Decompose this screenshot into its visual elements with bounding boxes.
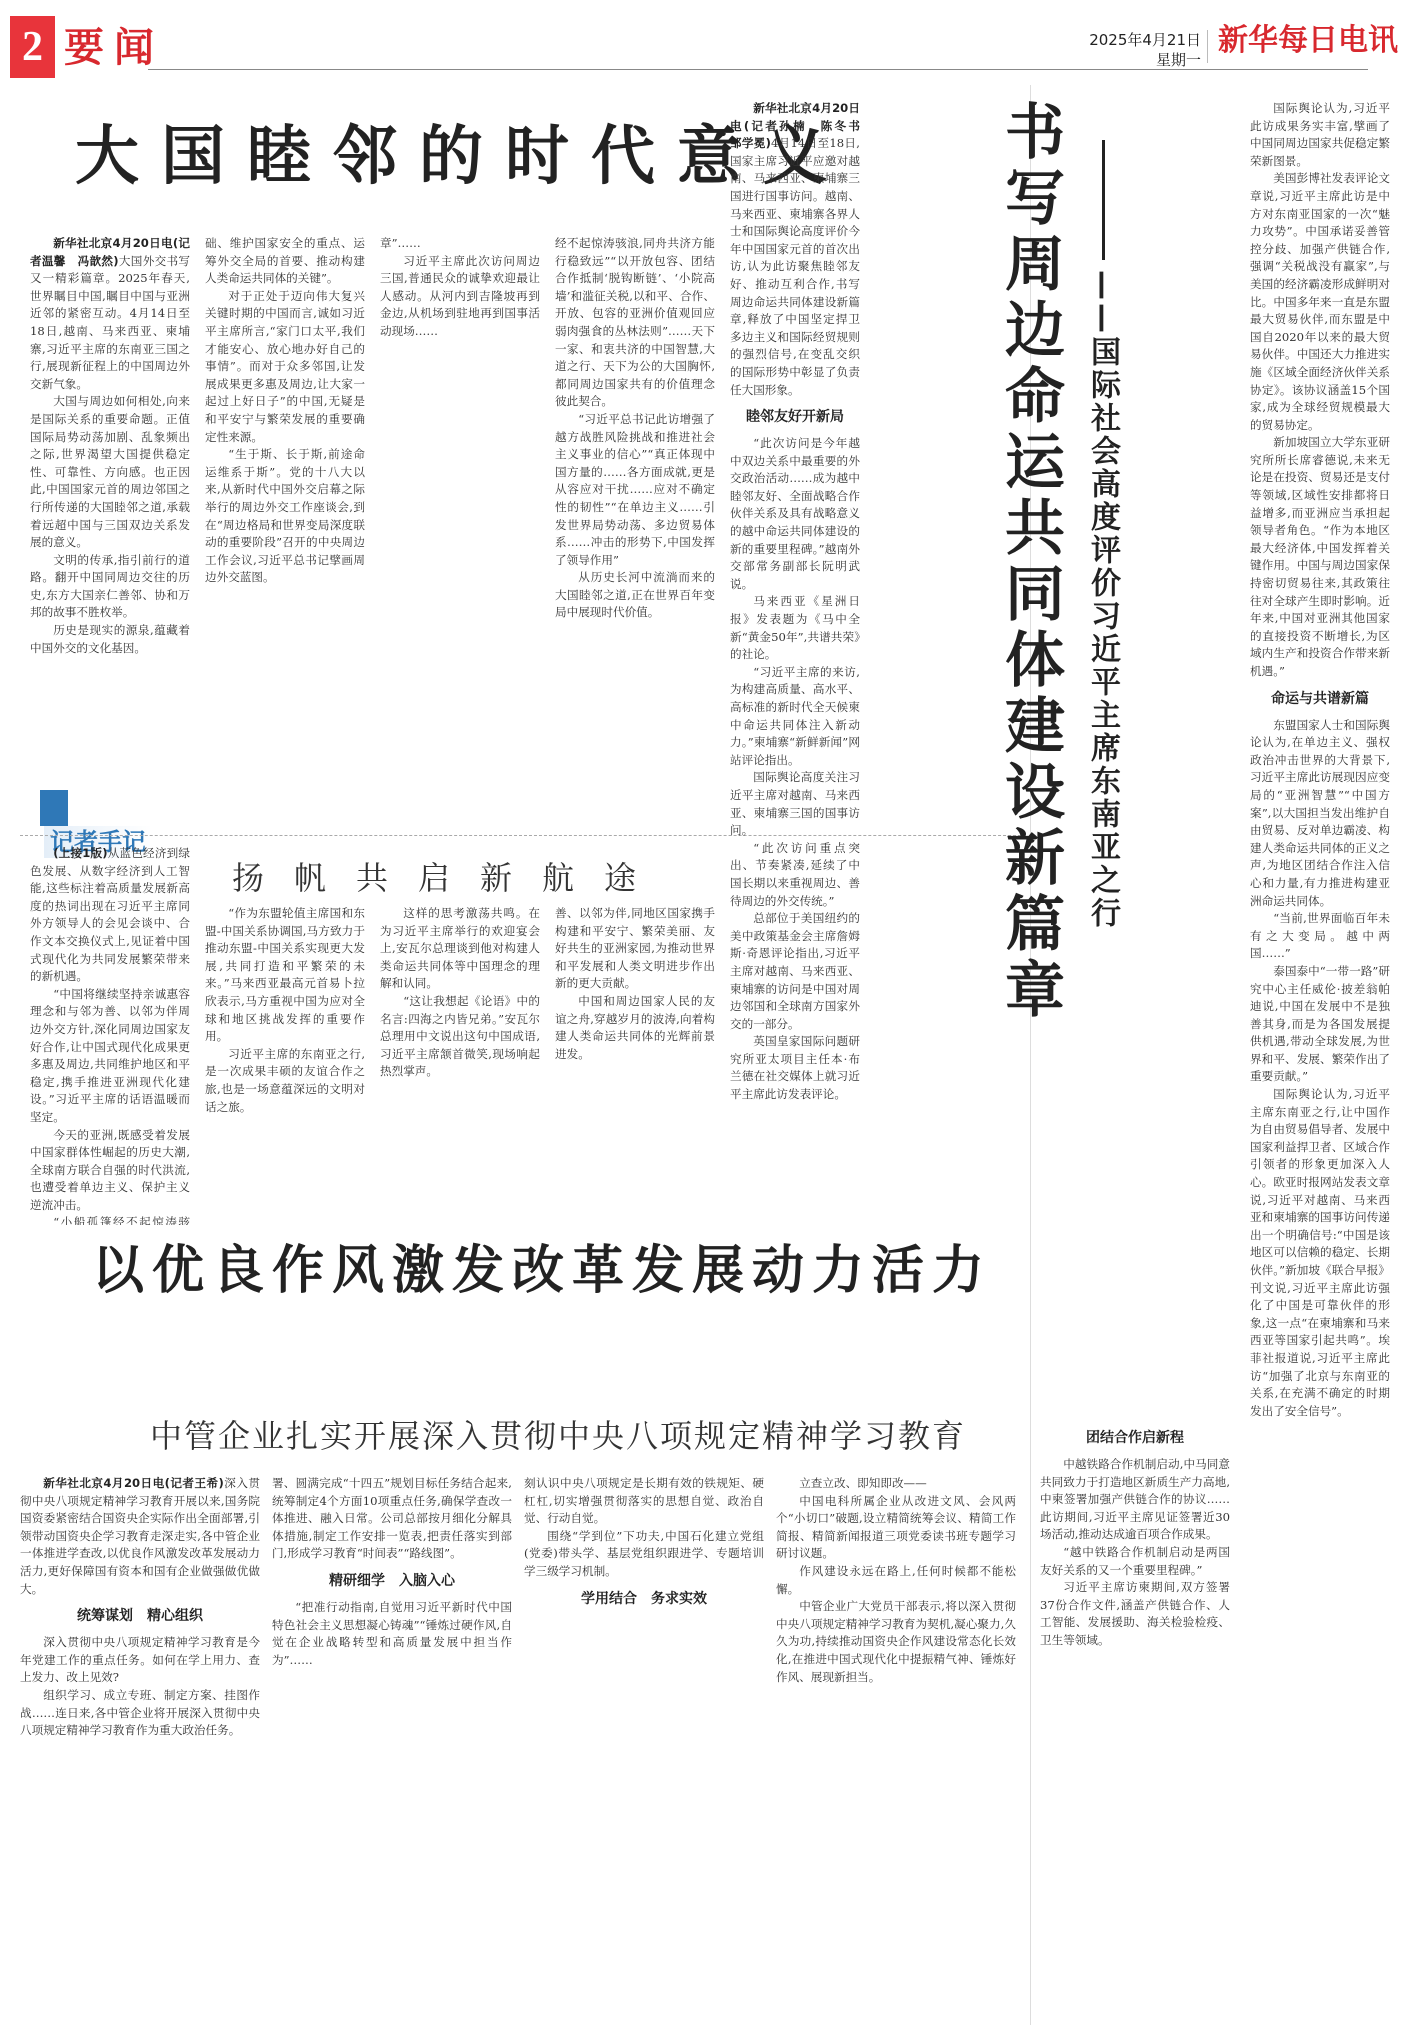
article3-para: 刻认识中央八项规定是长期有效的铁规矩、硬杠杠,切实增强贯彻落实的思想自觉、政治自…: [524, 1475, 764, 1528]
article2-para: 国际舆论高度关注习近平主席对越南、马来西亚、柬埔寨三国的国事访问。: [730, 769, 860, 839]
article1-para: 习近平主席此次访问周边三国,普通民众的诚挚欢迎最让人感动。从河内到吉隆坡再到金边…: [380, 253, 540, 341]
article2-para: “当前,世界面临百年未有之大变局。越中两国……”: [1250, 910, 1390, 963]
page-number-badge: 2: [10, 16, 55, 78]
article2-para: 新加坡国立大学东亚研究所所长席睿德说,未来无论是在投资、贸易还是支付等领域,区域…: [1250, 434, 1390, 680]
notebook-icon: [40, 790, 68, 826]
notes-col3: 这样的思考激荡共鸣。在为习近平主席举行的欢迎宴会上,安瓦尔总理谈到他对构建人类命…: [380, 905, 540, 1225]
article2-para: 4月14日至18日,国家主席习近平应邀对越南、马来西亚、柬埔寨三国进行国事访问。…: [730, 136, 860, 396]
article3-para: 中国电科所属企业从改进文风、会风两个“小切口”破题,设立精简统筹会议、精简工作简…: [776, 1493, 1016, 1563]
notes-col4: 善、以邻为伴,同地区国家携手构建和平安宁、繁荣美丽、友好共生的亚洲家园,为推动世…: [555, 905, 715, 1225]
article2-subhead: 命运与共谱新篇: [1250, 681, 1390, 717]
masthead-logo: 新华每日电讯: [1218, 26, 1398, 56]
article3-para: 深入贯彻中央八项规定精神学习教育是今年党建工作的重点任务。如何在学上用力、查上发…: [20, 1634, 260, 1687]
article2-subtitle: ——国际社会高度评价习近平主席东南亚之行: [1087, 270, 1117, 930]
article3-headline: 以优良作风激发改革发展动力活力: [92, 1245, 992, 1297]
notes-para: “小船孤篷经不起惊涛骇浪,同舟共济方能行稳致远”“以开放包容、团结合作抵制‘脱钩…: [30, 1214, 190, 1225]
article1-para: “习近平总书记此访增强了越方战胜风险挑战和推进社会主义事业的信心”“真正体现中国…: [555, 411, 715, 569]
article2-col1: 新华社北京4月20日电(记者孙楠 陈冬书 邹学冕)4月14日至18日,国家主席习…: [730, 100, 860, 1200]
article2-para: 国际舆论认为,习近平主席东南亚之行,让中国作为自由贸易倡导者、发展中国家利益捍卫…: [1250, 1086, 1390, 1420]
article1-col1: 新华社北京4月20日电(记者温馨 冯歆然)大国外交书写又一精彩篇章。2025年春…: [30, 235, 190, 775]
article1-col3: 章”…… 习近平主席此次访问周边三国,普通民众的诚挚欢迎最让人感动。从河内到吉隆…: [380, 235, 540, 775]
article3-para: “把准行动指南,自觉用习近平新时代中国特色社会主义思想凝心铸魂”“锤炼过硬作风,…: [272, 1599, 512, 1669]
notes-para: 从蓝色经济到绿色发展、从数字经济到人工智能,这些标注着高质量发展新高度的热词出现…: [30, 846, 190, 983]
article1-para: 从历史长河中流淌而来的大国睦邻之道,正在世界百年变局中展现时代价值。: [555, 569, 715, 622]
notes-para: 中国和周边国家人民的友谊之舟,穿越岁月的波涛,向着构建人类命运共同体的光辉前景进…: [555, 993, 715, 1063]
article1-para: 文明的传承,指引前行的道路。翻开中国同周边交往的历史,东方大国亲仁善邻、协和万邦…: [30, 552, 190, 622]
article1-col4: 经不起惊涛骇浪,同舟共济方能行稳致远”“以开放包容、团结合作抵制‘脱钩断链’、‘…: [555, 235, 715, 775]
article1-para: “生于斯、长于斯,前途命运维系于斯”。党的十八大以来,从新时代中国外交启幕之际举…: [205, 446, 365, 587]
article3-col3: 刻认识中央八项规定是长期有效的铁规矩、硬杠杠,切实增强贯彻落实的思想自觉、政治自…: [524, 1475, 764, 2025]
article3-para: 作风建设永远在路上,任何时候都不能松懈。: [776, 1563, 1016, 1598]
article3-col2: 署、圆满完成“十四五”规划目标任务结合起来,统筹制定4个方面10项重点任务,确保…: [272, 1475, 512, 2025]
article2-para: 国际舆论认为,习近平此访成果务实丰富,擘画了中国同周边国家共促稳定繁荣新图景。: [1250, 100, 1390, 170]
notes-para: “这让我想起《论语》中的名言:四海之内皆兄弟。”安瓦尔总理用中文说出这句中国成语…: [380, 993, 540, 1081]
article2-para: “越中铁路合作机制启动是两国友好关系的又一个重要里程碑。”: [1040, 1544, 1230, 1579]
article3-subtitle: 中管企业扎实开展深入贯彻中央八项规定精神学习教育: [150, 1420, 966, 1452]
weekday-text: 星期一: [1089, 50, 1201, 70]
article3-para: 围绕“学到位”下功夫,中国石化建立党组(党委)带头学、基层党组织跟进学、专题培训…: [524, 1528, 764, 1581]
article1-para: 历史是现实的源泉,蕴藏着中国外交的文化基因。: [30, 622, 190, 657]
reporters-notes-badge: 记者手记: [40, 790, 170, 830]
article1-para: 章”……: [380, 235, 540, 253]
article2-para: 泰国泰中“一带一路”研究中心主任威伦·披差翁帕迪说,中国在发展中不是独善其身,而…: [1250, 963, 1390, 1086]
article2-para: 习近平主席访柬期间,双方签署37份合作文件,涵盖产供链合作、人工智能、发展援助、…: [1040, 1579, 1230, 1649]
article3-subhead: 统筹谋划 精心组织: [20, 1598, 260, 1634]
article2-para: “习近平主席的来访,为构建高质量、高水平、高标准的新时代全天候柬中命运共同体注入…: [730, 664, 860, 770]
notes-para: 习近平主席的东南亚之行,是一次成果丰硕的友谊合作之旅,也是一场意蕴深远的文明对话…: [205, 1046, 365, 1116]
notes-para: “中国将继续坚持亲诚惠容理念和与邻为善、以邻为伴周边外交方针,深化同周边国家友好…: [30, 986, 190, 1127]
article2-para: 东盟国家人士和国际舆论认为,在单边主义、强权政治冲击世界的大背景下,习近平主席此…: [1250, 717, 1390, 911]
article3-para: 组织学习、成立专班、制定方案、挂图作战……连日来,各中管企业将开展深入贯彻中央八…: [20, 1687, 260, 1740]
notes-col1: (上接1版)从蓝色经济到绿色发展、从数字经济到人工智能,这些标注着高质量发展新高…: [30, 845, 190, 1225]
article3-para: 中管企业广大党员干部表示,将以深入贯彻中央八项规定精神学习教育为契机,凝心聚力,…: [776, 1598, 1016, 1686]
article3-dateline: 新华社北京4月20日电(记者王希): [43, 1476, 224, 1490]
article1-para: 大国与周边如何相处,向来是国际关系的重要命题。正值国际局势动荡加剧、乱象频出之际…: [30, 393, 190, 551]
article2-para: “此次访问重点突出、节奏紧凑,延续了中国长期以来重视周边、善待周边的外交传统。”: [730, 840, 860, 910]
notes-para: 善、以邻为伴,同地区国家携手构建和平安宁、繁荣美丽、友好共生的亚洲家园,为推动世…: [555, 905, 715, 993]
notes-col2: “作为东盟轮值主席国和东盟-中国关系协调国,马方致力于推动东盟-中国关系实现更大…: [205, 905, 365, 1225]
article1-para: 对于正处于迈向伟大复兴关键时期的中国而言,诚如习近平主席所言,“家门口太平,我们…: [205, 288, 365, 446]
article3-para: 立查立改、即知即改——: [776, 1475, 1016, 1493]
article2-subhead: 睦邻友好开新局: [730, 399, 860, 435]
notes-para: 这样的思考激荡共鸣。在为习近平主席举行的欢迎宴会上,安瓦尔总理谈到他对构建人类命…: [380, 905, 540, 993]
article2-para: 英国皇家国际问题研究所亚太项目主任本·布兰德在社交媒体上就习近平主席此访发表评论…: [730, 1033, 860, 1103]
notes-para: 今天的亚洲,既感受着发展中国家群体性崛起的历史大潮,全球南方联合自强的时代洪流,…: [30, 1127, 190, 1215]
article3-para: 深入贯彻中央八项规定精神学习教育开展以来,国务院国资委紧密结合国资央企实际作出全…: [20, 1476, 260, 1596]
article2-para: 马来西亚《星洲日报》发表题为《马中全新“黄金50年”,共谱共荣》的社论。: [730, 593, 860, 663]
section-title: 要闻: [64, 28, 164, 68]
article1-para: 大国外交书写又一精彩篇章。2025年春天,世界瞩目中国,瞩目中国与亚洲近邻的紧密…: [30, 254, 190, 391]
article2-subhead: 团结合作启新程: [1040, 1420, 1230, 1456]
notes-lead: (上接1版): [53, 846, 107, 860]
article2-para: 总部位于美国纽约的美中政策基金会主席詹姆斯·奇恩评论指出,习近平主席对越南、马来…: [730, 910, 860, 1033]
article1-para: 经不起惊涛骇浪,同舟共济方能行稳致远”“以开放包容、团结合作抵制‘脱钩断链’、‘…: [555, 235, 715, 411]
article1-para: 础、维护国家安全的重点、运筹外交全局的首要、推动构建人类命运共同体的关键”。: [205, 235, 365, 288]
subtitle-dash: [1102, 140, 1105, 260]
article1-col2: 础、维护国家安全的重点、运筹外交全局的首要、推动构建人类命运共同体的关键”。 对…: [205, 235, 365, 775]
article2-col-bottom: 团结合作启新程 中越铁路合作机制启动,中马同意共同致力于打造地区新质生产力高地,…: [1040, 1420, 1230, 2020]
article2-para: 中越铁路合作机制启动,中马同意共同致力于打造地区新质生产力高地,中柬签署加强产供…: [1040, 1456, 1230, 1544]
notes-para: “作为东盟轮值主席国和东盟-中国关系协调国,马方致力于推动东盟-中国关系实现更大…: [205, 905, 365, 1046]
section-divider: [20, 835, 1021, 836]
article2-para: 美国彭博社发表评论文章说,习近平主席此访是中方对东南亚国家的一次“魅力攻势”。中…: [1250, 170, 1390, 434]
article3-subhead: 精研细学 入脑入心: [272, 1563, 512, 1599]
article2-right-col: 国际舆论认为,习近平此访成果务实丰富,擘画了中国同周边国家共促稳定繁荣新图景。 …: [1250, 100, 1390, 2020]
date-text: 2025年4月21日: [1089, 30, 1201, 50]
header-divider: [1207, 30, 1208, 63]
article2-headline: 书写周边命运共同体建设新篇章: [1000, 100, 1060, 1024]
article3-para: 署、圆满完成“十四五”规划目标任务结合起来,统筹制定4个方面10项重点任务,确保…: [272, 1475, 512, 1563]
article3-col1: 新华社北京4月20日电(记者王希)深入贯彻中央八项规定精神学习教育开展以来,国务…: [20, 1475, 260, 2025]
notes-headline: 扬帆共启新航途: [232, 862, 666, 894]
issue-date: 2025年4月21日 星期一: [1089, 30, 1201, 70]
article3-col4: 立查立改、即知即改—— 中国电科所属企业从改进文风、会风两个“小切口”破题,设立…: [776, 1475, 1016, 2025]
article3-subhead: 学用结合 务求实效: [524, 1581, 764, 1617]
article2-para: “此次访问是今年越中双边关系中最重要的外交政治活动……成为越中睦邻友好、全面战略…: [730, 435, 860, 593]
